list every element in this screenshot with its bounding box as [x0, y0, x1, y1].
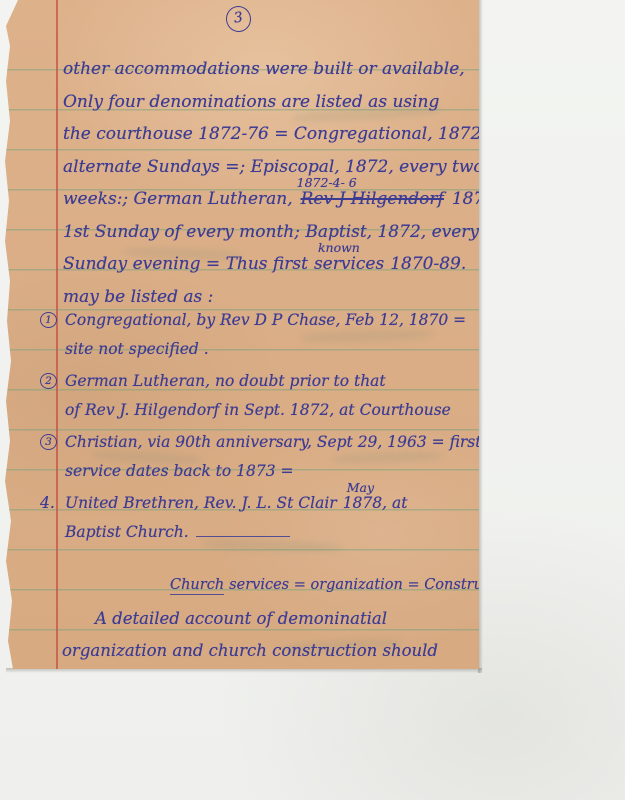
page-number: 3 — [224, 4, 252, 33]
item-3-line-2: service dates back to 1873 = — [65, 457, 478, 486]
opening-paragraph: other accommodations were built or avail… — [63, 53, 477, 313]
inserted-word: known — [318, 242, 360, 254]
closing-line-1: A detailed account of demoninatial — [95, 604, 387, 634]
item-1-line-1: Congregational, by Rev D P Chase, Feb 12… — [65, 306, 478, 335]
item-4-prefix: United Brethren, Rev. J. L. St Clair — [65, 494, 337, 512]
handwritten-line-7: Sunday evening = Thus firstknownservices… — [63, 248, 477, 281]
denominations-list: 1 Congregational, by Rev D P Chase, Feb … — [38, 306, 478, 550]
list-item-2: 2 German Lutheran, no doubt prior to tha… — [38, 367, 478, 425]
inserted-word: dates — [493, 567, 523, 579]
item-2-line-1: German Lutheran, no doubt prior to that — [65, 367, 478, 396]
handwritten-line-3: the courthouse 1872-76 = Congregational,… — [63, 118, 477, 151]
item-3-line-1: Christian, via 90th anniversary, Sept 29… — [65, 428, 478, 457]
list-item-3: 3 Christian, via 90th anniversary, Sept … — [38, 428, 478, 486]
line-7-suffix: 1870-89. — [390, 254, 466, 274]
list-item-1: 1 Congregational, by Rev D P Chase, Feb … — [38, 306, 478, 364]
item-4-line-1: United Brethren, Rev. J. L. St ClairMay1… — [65, 489, 478, 518]
circled-number-2: 2 — [40, 373, 57, 389]
inserted-word: May — [347, 482, 374, 494]
item-4-line-2-text: Baptist Church. — [65, 523, 189, 541]
line-7-word: services — [314, 254, 384, 274]
line-5-prefix: weeks:; German Lutheran, — [63, 189, 293, 209]
handwritten-line-6: 1st Sunday of every month; Baptist, 1872… — [63, 216, 477, 249]
trailing-underline — [196, 523, 290, 537]
circled-number-3: 3 — [40, 434, 57, 450]
struck-through-text: Rev J Hilgendorf — [301, 189, 444, 209]
list-item-4: 4. United Brethren, Rev. J. L. St ClairM… — [38, 489, 478, 547]
underlined-word: Church — [170, 577, 224, 595]
line-5-suffix: 1872 & 76 — [452, 189, 543, 209]
item-4-line-2: Baptist Church. — [65, 518, 478, 547]
number-4-marker: 4. — [40, 489, 55, 518]
handwritten-line-2: Only four denominations are listed as us… — [63, 86, 477, 119]
closing-line-2: organization and church construction sho… — [62, 636, 438, 666]
item-1-line-2: site not specified . — [65, 335, 478, 364]
heading-rest: services = organization = Construction — [229, 577, 519, 593]
item-2-line-2: of Rev J. Hilgendorf in Sept. 1872, at C… — [65, 396, 478, 425]
handwritten-line-4: alternate Sundays =; Episcopal, 1872, ev… — [63, 151, 477, 184]
handwritten-line-1: other accommodations were built or avail… — [63, 53, 477, 86]
section-heading: Churchservices = organization = Construc… — [170, 573, 520, 597]
line-7-prefix: Sunday evening = Thus first — [63, 254, 308, 274]
scanned-document: { "page": { "number": "3", "paper_color"… — [0, 0, 625, 800]
handwritten-line-5: weeks:; German Lutheran,1872-4- 6Rev J H… — [63, 183, 477, 216]
notebook-page: 3 other accommodations were built or ava… — [2, 0, 479, 669]
circled-number-1: 1 — [40, 312, 57, 328]
inserted-correction: 1872-4- 6 — [297, 177, 357, 189]
item-4-suffix: 1878, at — [343, 494, 408, 512]
